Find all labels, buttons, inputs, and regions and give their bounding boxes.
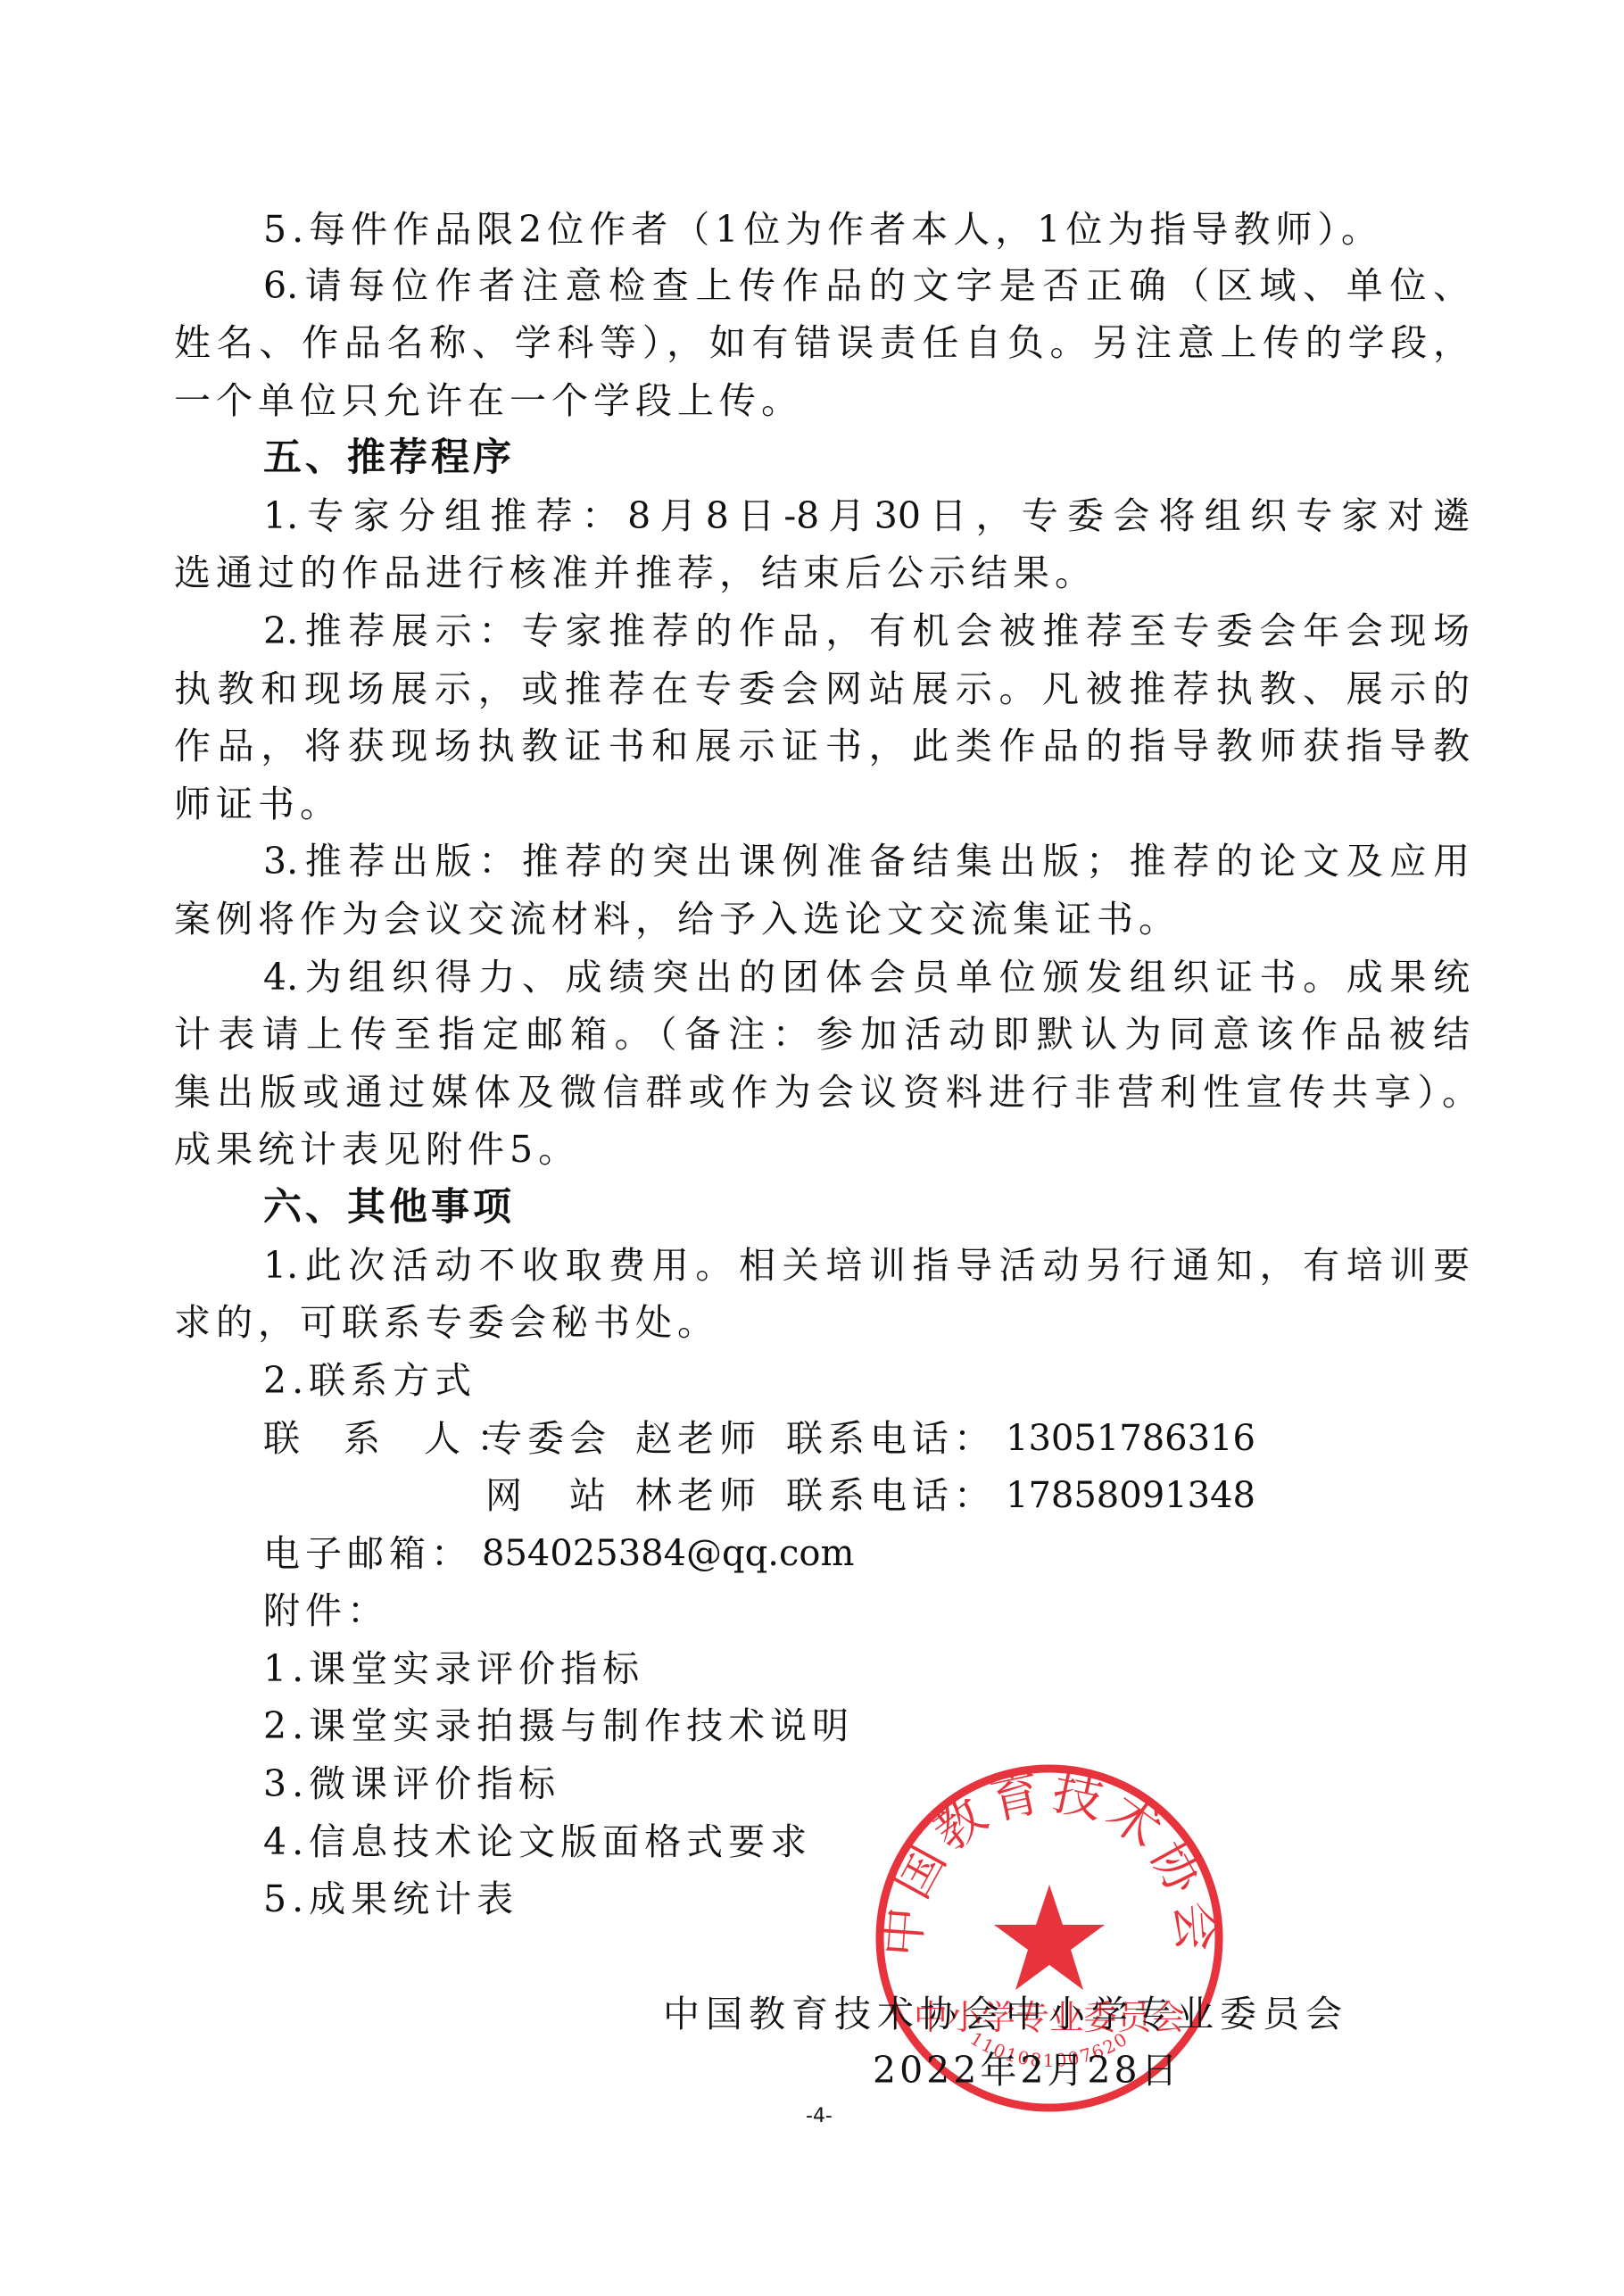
paragraph-line: 求的，可联系专委会秘书处。 — [174, 1294, 719, 1351]
paragraph-line: 2.联系方式 — [263, 1352, 476, 1409]
paragraph-line: 集出版或通过媒体及微信群或作为会议资料进行非营利性宣传共享）。 — [174, 1064, 1479, 1121]
paragraph-line: 1.此次活动不收取费用。相关培训指导活动另行通知，有培训要 — [263, 1237, 1470, 1294]
paragraph-line: 5.每件作品限2位作者（1位为作者本人，1位为指导教师）。 — [263, 201, 1383, 258]
signature-organization: 中国教育技术协会中小学专业委员会 — [663, 1985, 1348, 2043]
contact-name: 赵老师 — [635, 1410, 761, 1467]
paragraph-line: 1.专家分组推荐：8月8日-8月30日，专委会将组织专家对遴 — [263, 487, 1470, 544]
paragraph-line: 3.推荐出版：推荐的突出课例准备结集出版；推荐的论文及应用 — [263, 833, 1470, 890]
paragraph-line: 2.推荐展示：专家推荐的作品，有机会被推荐至专委会年会现场 — [263, 602, 1470, 659]
paragraph-line: 执教和现场展示，或推荐在专委会网站展示。凡被推荐执教、展示的 — [174, 660, 1470, 717]
attachments-label: 附件： — [263, 1582, 389, 1639]
section-heading: 五、推荐程序 — [263, 429, 515, 486]
paragraph-line: 案例将作为会议交流材料，给予入选论文交流集证书。 — [174, 891, 1181, 948]
section-heading: 六、其他事项 — [263, 1179, 515, 1236]
document-page: 5.每件作品限2位作者（1位为作者本人，1位为指导教师）。 6.请每位作者注意检… — [0, 0, 1624, 2296]
contact-org: 网 站 — [485, 1467, 611, 1524]
contact-row: 网 站 林老师 联系电话： 17858091348 — [0, 1467, 1624, 1524]
attachment-item: 4.信息技术论文版面格式要求 — [263, 1813, 812, 1870]
paragraph-line: 4.为组织得力、成绩突出的团体会员单位颁发组织证书。成果统 — [263, 949, 1470, 1006]
attachment-item: 5.成果统计表 — [263, 1870, 518, 1927]
paragraph-line: 姓名、作品名称、学科等），如有错误责任自负。另注意上传的学段， — [174, 314, 1470, 371]
contact-phone-label: 联系电话： — [786, 1467, 996, 1524]
contact-name: 林老师 — [635, 1467, 761, 1524]
contact-phone: 13051786316 — [1006, 1410, 1255, 1467]
paragraph-line: 师证书。 — [174, 775, 342, 833]
attachment-item: 1.课堂实录评价指标 — [263, 1640, 644, 1697]
contact-phone-label: 联系电话： — [786, 1410, 996, 1467]
contact-phone: 17858091348 — [1006, 1467, 1255, 1524]
signature-date: 2022年2月28日 — [873, 2042, 1181, 2099]
paragraph-line: 计表请上传至指定邮箱。（备注：参加活动即默认为同意该作品被结 — [174, 1006, 1470, 1063]
page-number: -4- — [806, 2104, 833, 2129]
paragraph-line: 6.请每位作者注意检查上传作品的文字是否正确（区域、单位、 — [263, 257, 1470, 314]
email-row: 电子邮箱： 854025384@qq.com — [0, 1525, 1624, 1582]
paragraph-line: 一个单位只允许在一个学段上传。 — [174, 372, 803, 429]
contact-org: 专委会 — [485, 1410, 611, 1467]
paragraph-line: 选通过的作品进行核准并推荐，结束后公示结果。 — [174, 544, 1097, 601]
paragraph-line: 成果统计表见附件5。 — [174, 1121, 580, 1178]
email-link[interactable]: 854025384@qq.com — [482, 1525, 854, 1582]
contact-row: 联 系 人： 专委会 赵老师 联系电话： 13051786316 — [0, 1410, 1624, 1467]
paragraph-line: 作品，将获现场执教证书和展示证书，此类作品的指导教师获指导教 — [174, 717, 1470, 775]
attachment-item: 2.课堂实录拍摄与制作技术说明 — [263, 1697, 854, 1754]
email-label: 电子邮箱： — [263, 1525, 473, 1582]
attachment-item: 3.微课评价指标 — [263, 1755, 560, 1812]
